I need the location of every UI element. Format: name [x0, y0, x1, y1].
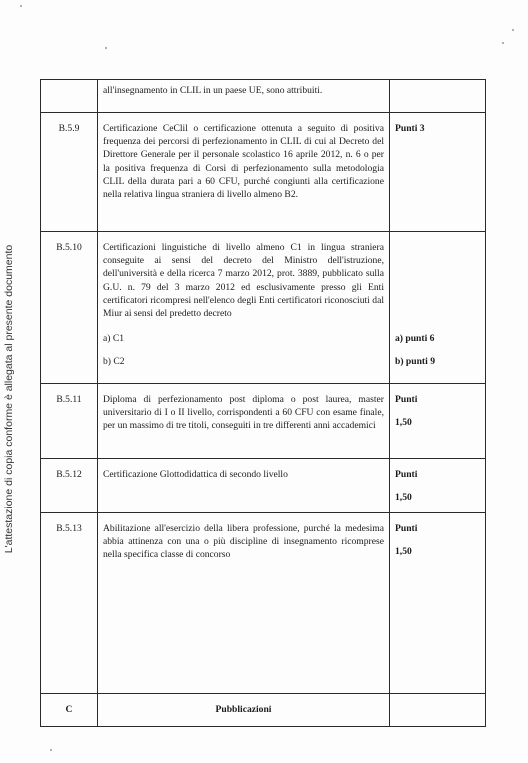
points-label: Punti	[395, 468, 485, 481]
table-row: B.5.9 Certificazione CeClil o certificaz…	[41, 113, 486, 232]
scan-speck	[50, 749, 52, 751]
row-description: Certificazioni linguistiche di livello a…	[103, 241, 384, 320]
copy-attestation-note: L'attestazione di copia conforme è alleg…	[3, 229, 17, 569]
row-points-cell: Punti 1,50	[390, 513, 486, 694]
points-label: Punti	[395, 393, 485, 406]
row-description: Certificazione Glottodidattica di second…	[98, 459, 390, 513]
row-points-cell: a) punti 6 b) punti 9	[390, 232, 486, 384]
scan-speck	[20, 5, 22, 7]
table-row: B.5.13 Abilitazione all'esercizio della …	[41, 513, 486, 694]
evaluation-table: all'insegnamento in CLIL in un paese UE,…	[40, 79, 486, 727]
row-description: Abilitazione all'esercizio della libera …	[98, 513, 390, 694]
row-description-cell: Certificazioni linguistiche di livello a…	[98, 232, 390, 384]
row-code: B.5.10	[41, 232, 98, 384]
option-points: a) punti 6	[395, 332, 485, 345]
scan-speck	[105, 47, 107, 49]
row-description: all'insegnamento in CLIL in un paese UE,…	[98, 80, 390, 113]
row-code: B.5.13	[41, 513, 98, 694]
row-description: Certificazione CeClil o certificazione o…	[98, 113, 390, 232]
row-points	[390, 80, 486, 113]
row-code	[41, 80, 98, 113]
points-label: Punti	[395, 522, 485, 535]
option-label: a) C1	[103, 332, 384, 345]
row-code: B.5.11	[41, 384, 98, 459]
points-value: 1,50	[395, 416, 485, 429]
scan-speck	[502, 42, 504, 44]
row-points-cell: Punti 1,50	[390, 384, 486, 459]
scan-speck	[512, 29, 514, 31]
option-label: b) C2	[103, 355, 384, 368]
row-code: B.5.12	[41, 459, 98, 513]
table-row: B.5.10 Certificazioni linguistiche di li…	[41, 232, 486, 384]
section-code: C	[41, 694, 98, 727]
table-row: B.5.12 Certificazione Glottodidattica di…	[41, 459, 486, 513]
table-row: all'insegnamento in CLIL in un paese UE,…	[41, 80, 486, 113]
row-description: Diploma di perfezionamento post diploma …	[98, 384, 390, 459]
section-title: Pubblicazioni	[98, 694, 390, 727]
row-points-cell: Punti 1,50	[390, 459, 486, 513]
row-code: B.5.9	[41, 113, 98, 232]
points-value: 1,50	[395, 545, 485, 558]
table-row: B.5.11 Diploma di perfezionamento post d…	[41, 384, 486, 459]
points-value: 1,50	[395, 491, 485, 504]
table-row: C Pubblicazioni	[41, 694, 486, 727]
option-points: b) punti 9	[395, 355, 485, 368]
row-points	[390, 694, 486, 727]
row-points: Punti 3	[390, 113, 486, 232]
